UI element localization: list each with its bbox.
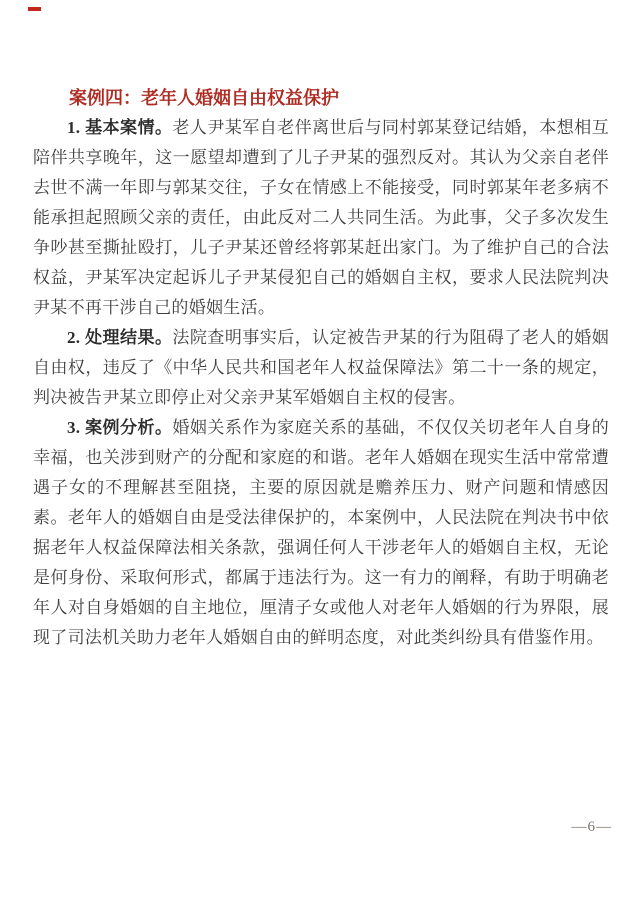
document-page: 案例四：老年人婚姻自由权益保护 1. 基本案情。老人尹某军自老伴离世后与同村郭某…	[0, 0, 640, 905]
paragraph-basic-facts-text: 老人尹某军自老伴离世后与同村郭某登记结婚，本想相互陪伴共享晚年，这一愿望却遭到了…	[33, 118, 609, 317]
paragraph-analysis: 3. 案例分析。婚姻关系作为家庭关系的基础，不仅仅关切老年人自身的幸福，也关涉到…	[33, 413, 609, 653]
red-dash-mark	[28, 7, 41, 11]
paragraph-result-label: 2. 处理结果。	[67, 328, 172, 347]
document-title: 案例四：老年人婚姻自由权益保护	[33, 83, 609, 113]
paragraph-analysis-label: 3. 案例分析。	[67, 418, 172, 437]
paragraph-analysis-text: 婚姻关系作为家庭关系的基础，不仅仅关切老年人自身的幸福，也关涉到财产的分配和家庭…	[33, 418, 609, 647]
document-content: 案例四：老年人婚姻自由权益保护 1. 基本案情。老人尹某军自老伴离世后与同村郭某…	[33, 83, 609, 653]
paragraph-basic-facts-label: 1. 基本案情。	[67, 118, 172, 137]
paragraph-basic-facts: 1. 基本案情。老人尹某军自老伴离世后与同村郭某登记结婚，本想相互陪伴共享晚年，…	[33, 113, 609, 323]
page-number: —6—	[572, 817, 613, 837]
paragraph-result: 2. 处理结果。法院查明事实后，认定被告尹某的行为阻碍了老人的婚姻自由权，违反了…	[33, 323, 609, 413]
